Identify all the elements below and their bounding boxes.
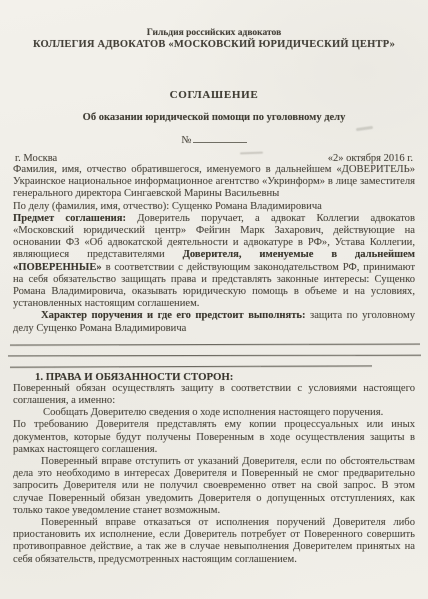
case-line: По делу (фамилия, имя, отчество): Сущенк… <box>13 201 415 213</box>
deviation-rights-paragraph: Поверенный вправе отступить от указаний … <box>13 456 415 517</box>
number-sign: № <box>181 135 191 146</box>
collegium-name: КОЛЛЕГИЯ АДВОКАТОВ «МОСКОВСКИЙ ЮРИДИЧЕСК… <box>13 39 415 50</box>
agreement-number-row: № <box>13 132 415 146</box>
place-date-row: г. Москва «2» октября 2016 г. <box>13 153 415 164</box>
obligation-paragraph: Поверенный обязан осуществлять защиту в … <box>13 383 415 407</box>
scanned-agreement-page: Гильдия российских адвокатов КОЛЛЕГИЯ АД… <box>0 0 428 599</box>
divider-line-3 <box>10 365 372 367</box>
number-blank-line <box>193 132 247 143</box>
section-1-heading: 1. ПРАВА И ОБЯЗАННОСТИ СТОРОН: <box>13 371 415 383</box>
guild-name: Гильдия российских адвокатов <box>13 28 415 38</box>
applicant-paragraph: Фамилия, имя, отчество обратившегося, им… <box>13 164 415 201</box>
subject-paragraph: Предмет соглашения: Доверитель поручает,… <box>13 213 415 311</box>
organization-header: Гильдия российских адвокатов КОЛЛЕГИЯ АД… <box>13 28 415 50</box>
assignment-nature-paragraph: Характер поручения и где его предстоит в… <box>13 310 415 334</box>
inform-client-paragraph: Сообщать Доверителю сведения о ходе испо… <box>13 407 415 419</box>
date-label: «2» октября 2016 г. <box>328 153 413 164</box>
divider-line-1 <box>10 343 420 345</box>
document-subtitle: Об оказании юридической помощи по уголов… <box>13 112 415 123</box>
refusal-rights-paragraph: Поверенный вправе отказаться от исполнен… <box>13 517 415 566</box>
document-title: СОГЛАШЕНИЕ <box>13 89 415 101</box>
scan-smudge-artifact <box>356 126 373 131</box>
provide-copies-paragraph: По требованию Доверителя представлять ем… <box>13 419 415 456</box>
divider-line-2 <box>8 354 421 356</box>
city-label: г. Москва <box>15 153 57 164</box>
